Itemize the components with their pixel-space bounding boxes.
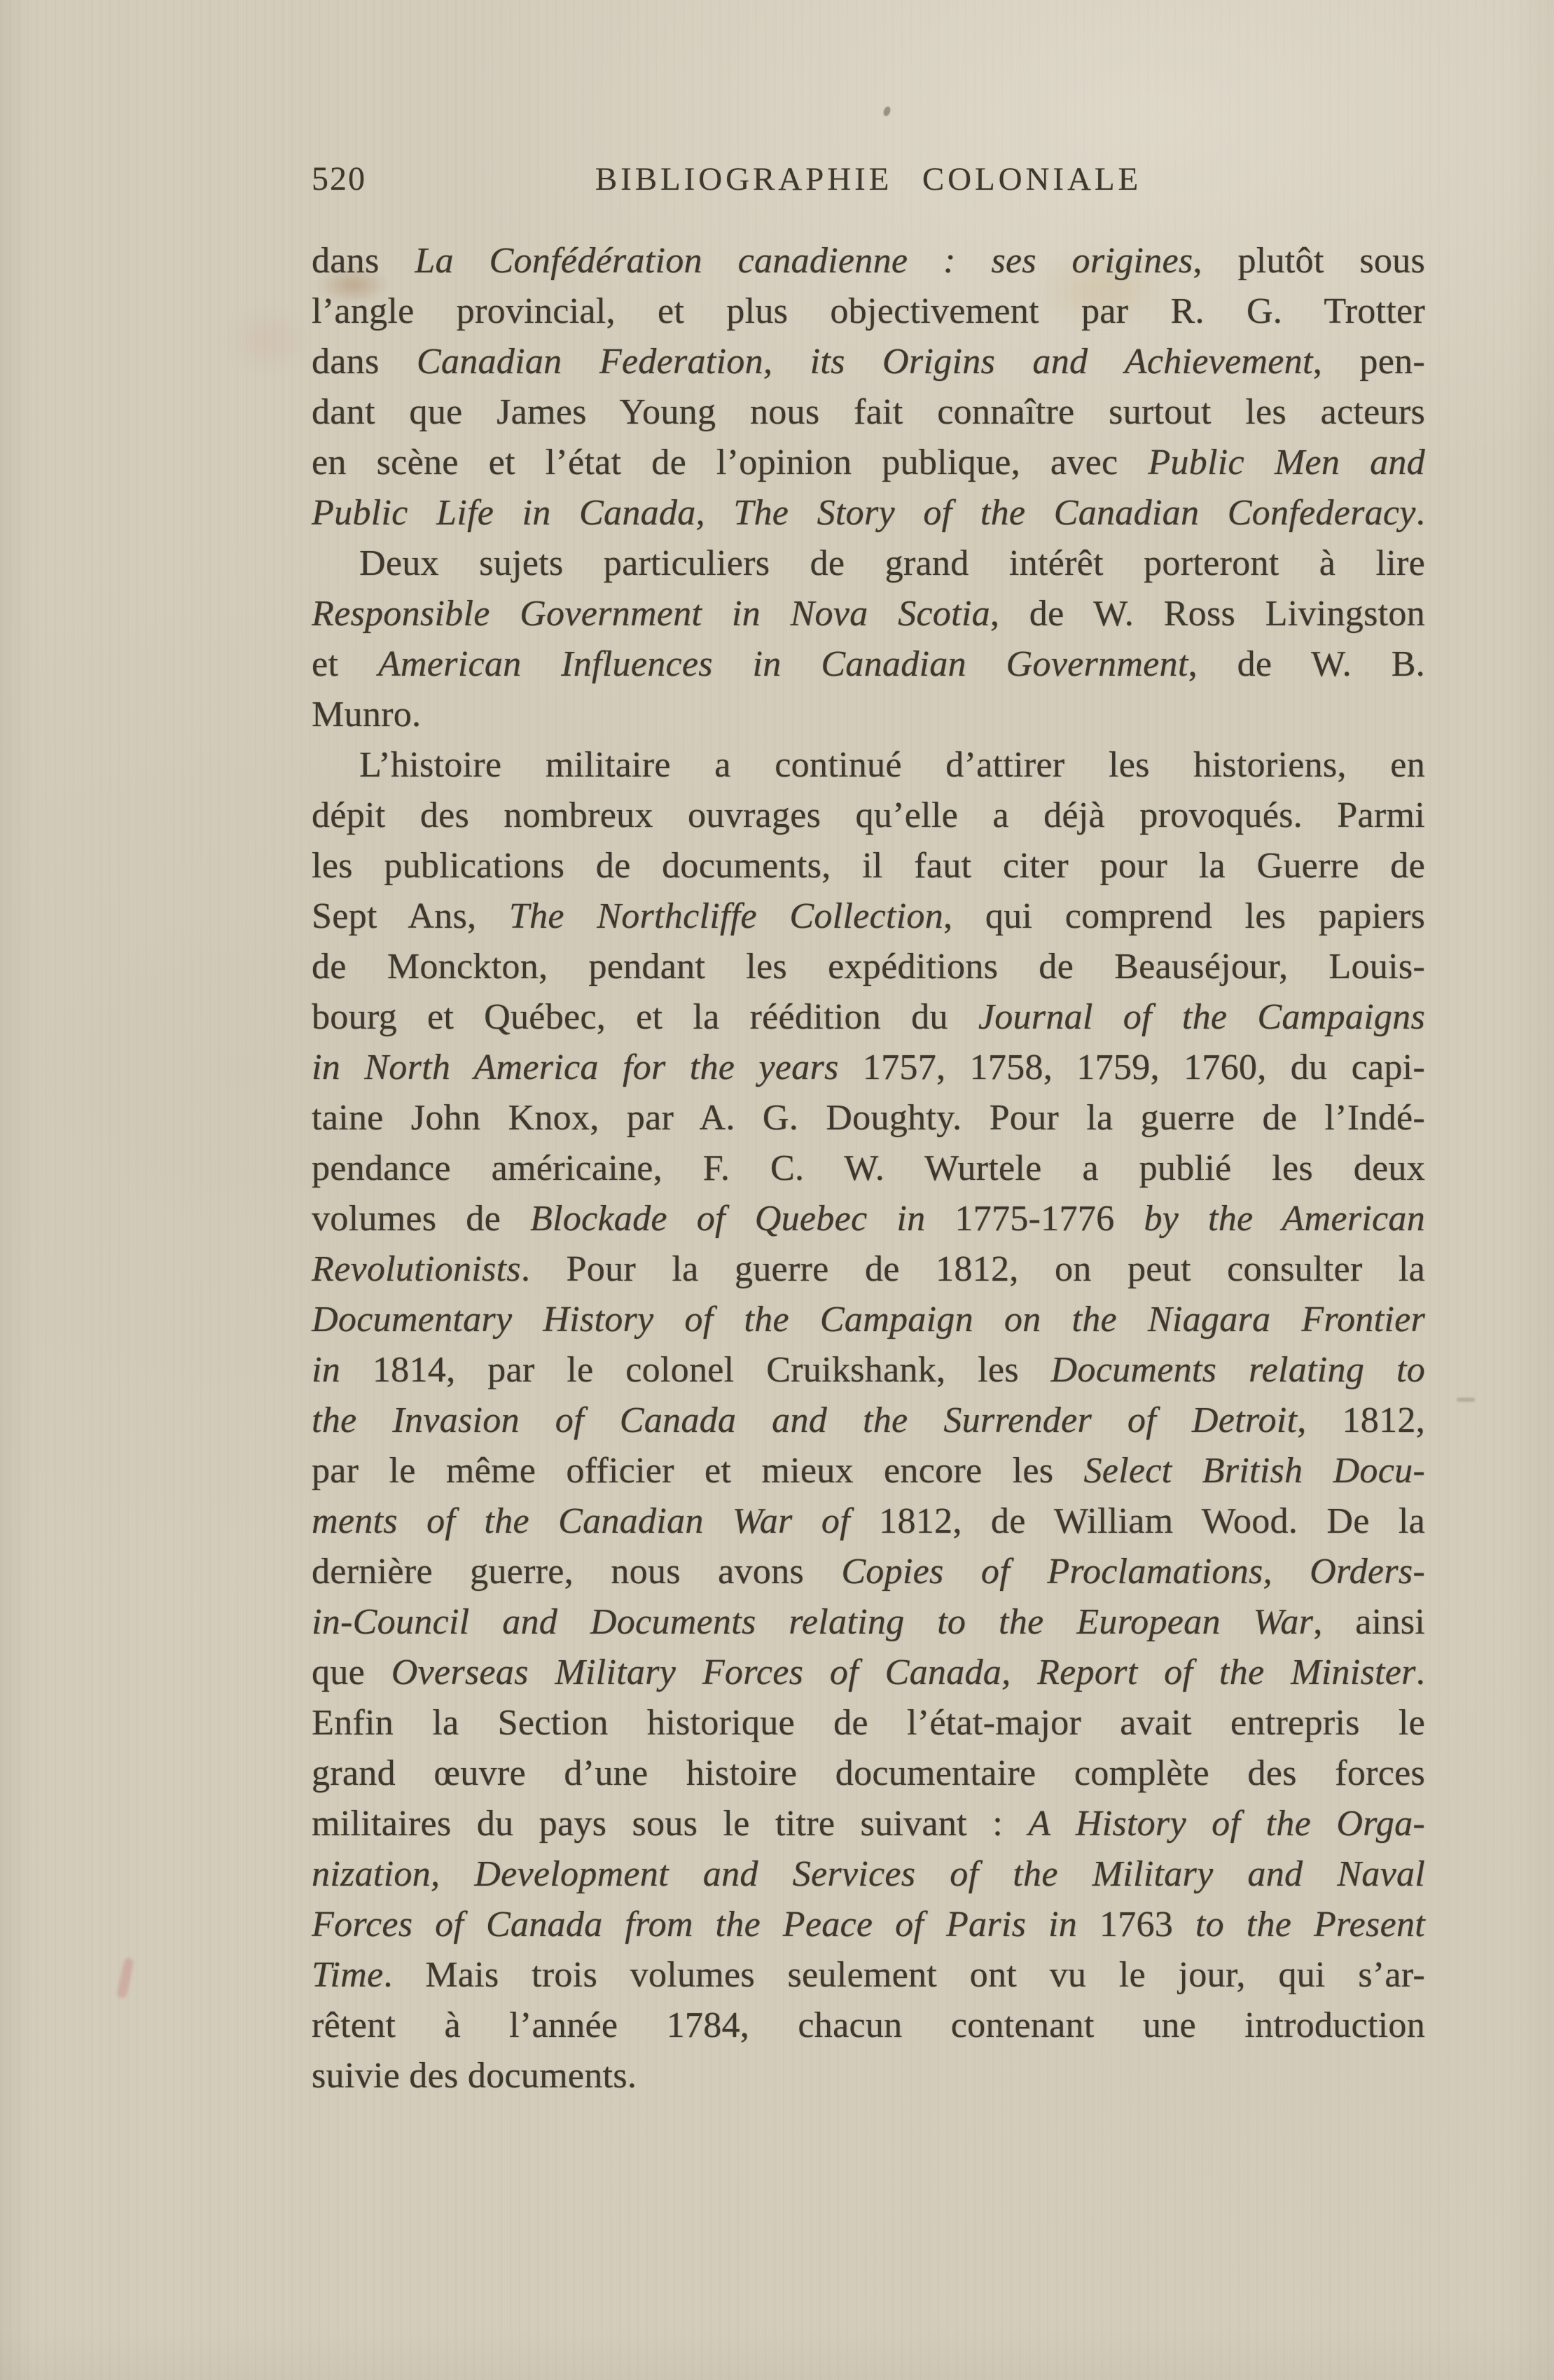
text-line: Enfin la Section historique de l’état-ma… (312, 1698, 1425, 1748)
text-line: Time. Mais trois volumes seulement ont v… (312, 1950, 1425, 2000)
text-line: les publications de documents, il faut c… (312, 841, 1425, 891)
text-line: Public Life in Canada, The Story of the … (312, 488, 1425, 538)
text-line: bourg et Québec, et la réédition du Jour… (312, 992, 1425, 1043)
text-line: nization, Development and Services of th… (312, 1849, 1425, 1900)
text-line: grand œuvre d’une histoire documentaire … (312, 1748, 1425, 1799)
text-line: Documentary History of the Campaign on t… (312, 1295, 1425, 1345)
text-line: taine John Knox, par A. G. Doughty. Pour… (312, 1093, 1425, 1143)
text-line: in 1814, par le colonel Cruikshank, les … (312, 1345, 1425, 1396)
text-line: the Invasion of Canada and the Surrender… (312, 1396, 1425, 1446)
text-line: pendance américaine, F. C. W. Wurtele a … (312, 1143, 1425, 1194)
text-line: militaires du pays sous le titre suivant… (312, 1799, 1425, 1849)
text-line: Munro. (312, 690, 1425, 740)
page-number: 520 (312, 160, 366, 199)
text-line: et American Influences in Canadian Gover… (312, 639, 1425, 690)
margin-mark-red (116, 1957, 134, 1999)
text-line: Responsible Government in Nova Scotia, d… (312, 589, 1425, 639)
text-line: l’angle provincial, et plus objectivemen… (312, 286, 1425, 337)
scanned-book-page: 520 BIBLIOGRAPHIE COLONIALE dans La Conf… (0, 0, 1554, 2380)
text-line: rêtent à l’année 1784, chacun contenant … (312, 2000, 1425, 2051)
text-line: que Overseas Military Forces of Canada, … (312, 1648, 1425, 1698)
paper-speck-top (882, 106, 892, 117)
text-line: Sept Ans, The Northcliffe Collection, qu… (312, 891, 1425, 942)
text-line: ments of the Canadian War of 1812, de Wi… (312, 1496, 1425, 1547)
text-line: in North America for the years 1757, 175… (312, 1043, 1425, 1093)
text-line: par le même officier et mieux encore les… (312, 1446, 1425, 1496)
text-line: dans La Confédération canadienne : ses o… (312, 236, 1425, 286)
page-header: 520 BIBLIOGRAPHIE COLONIALE (312, 158, 1425, 200)
text-line: de Monckton, pendant les expéditions de … (312, 942, 1425, 992)
paper-smudge-pink (228, 307, 308, 373)
text-line: dernière guerre, nous avons Copies of Pr… (312, 1547, 1425, 1597)
text-line: Revolutionists. Pour la guerre de 1812, … (312, 1244, 1425, 1295)
text-line: volumes de Blockade of Quebec in 1775-17… (312, 1194, 1425, 1244)
text-line: dépit des nombreux ouvrages qu’elle a dé… (312, 791, 1425, 841)
body-text-block: dans La Confédération canadienne : ses o… (312, 236, 1425, 2101)
text-line: Forces of Canada from the Peace of Paris… (312, 1900, 1425, 1950)
text-line: Deux sujets particuliers de grand intérê… (312, 538, 1425, 589)
text-line: dans Canadian Federation, its Origins an… (312, 337, 1425, 387)
text-line: suivie des documents. (312, 2051, 1425, 2101)
text-line: en scène et l’état de l’opinion publique… (312, 438, 1425, 488)
running-title: BIBLIOGRAPHIE COLONIALE (312, 158, 1425, 200)
text-line: L’histoire militaire a continué d’attire… (312, 740, 1425, 791)
text-line: dant que James Young nous fait connaître… (312, 387, 1425, 438)
paper-speck-right (1457, 1398, 1475, 1402)
text-line: in-Council and Documents relating to the… (312, 1597, 1425, 1648)
